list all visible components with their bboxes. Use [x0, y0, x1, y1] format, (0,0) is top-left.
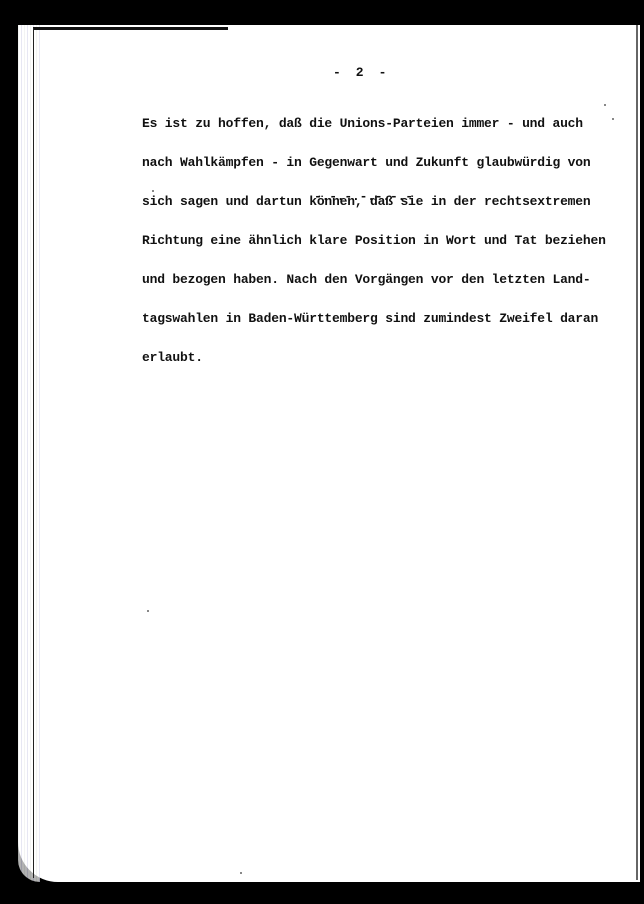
scan-speck: [604, 104, 606, 106]
scan-speck: [612, 118, 614, 120]
section-divider: -.-.-.-.-.-.-: [314, 190, 413, 203]
scan-top-edge: [33, 27, 228, 30]
paragraph-line: Richtung eine ähnlich klare Position in …: [142, 234, 606, 247]
page-binding-edge: [18, 25, 40, 882]
paragraph-line: Es ist zu hoffen, daß die Unions-Parteie…: [142, 117, 606, 130]
paragraph-line: erlaubt.: [142, 351, 606, 364]
paragraph-line: nach Wahlkämpfen - in Gegenwart und Zuku…: [142, 156, 606, 169]
paragraph-line: tagswahlen in Baden-Württemberg sind zum…: [142, 312, 606, 325]
scan-speck: [147, 610, 149, 612]
scan-margin-line: [33, 28, 34, 878]
page-number: - 2 -: [333, 66, 386, 79]
body-paragraph: Es ist zu hoffen, daß die Unions-Parteie…: [142, 91, 606, 377]
scan-right-edge: [636, 25, 638, 880]
scan-speck: [152, 190, 154, 192]
scan-speck: [240, 872, 242, 874]
paragraph-line: und bezogen haben. Nach den Vorgängen vo…: [142, 273, 606, 286]
